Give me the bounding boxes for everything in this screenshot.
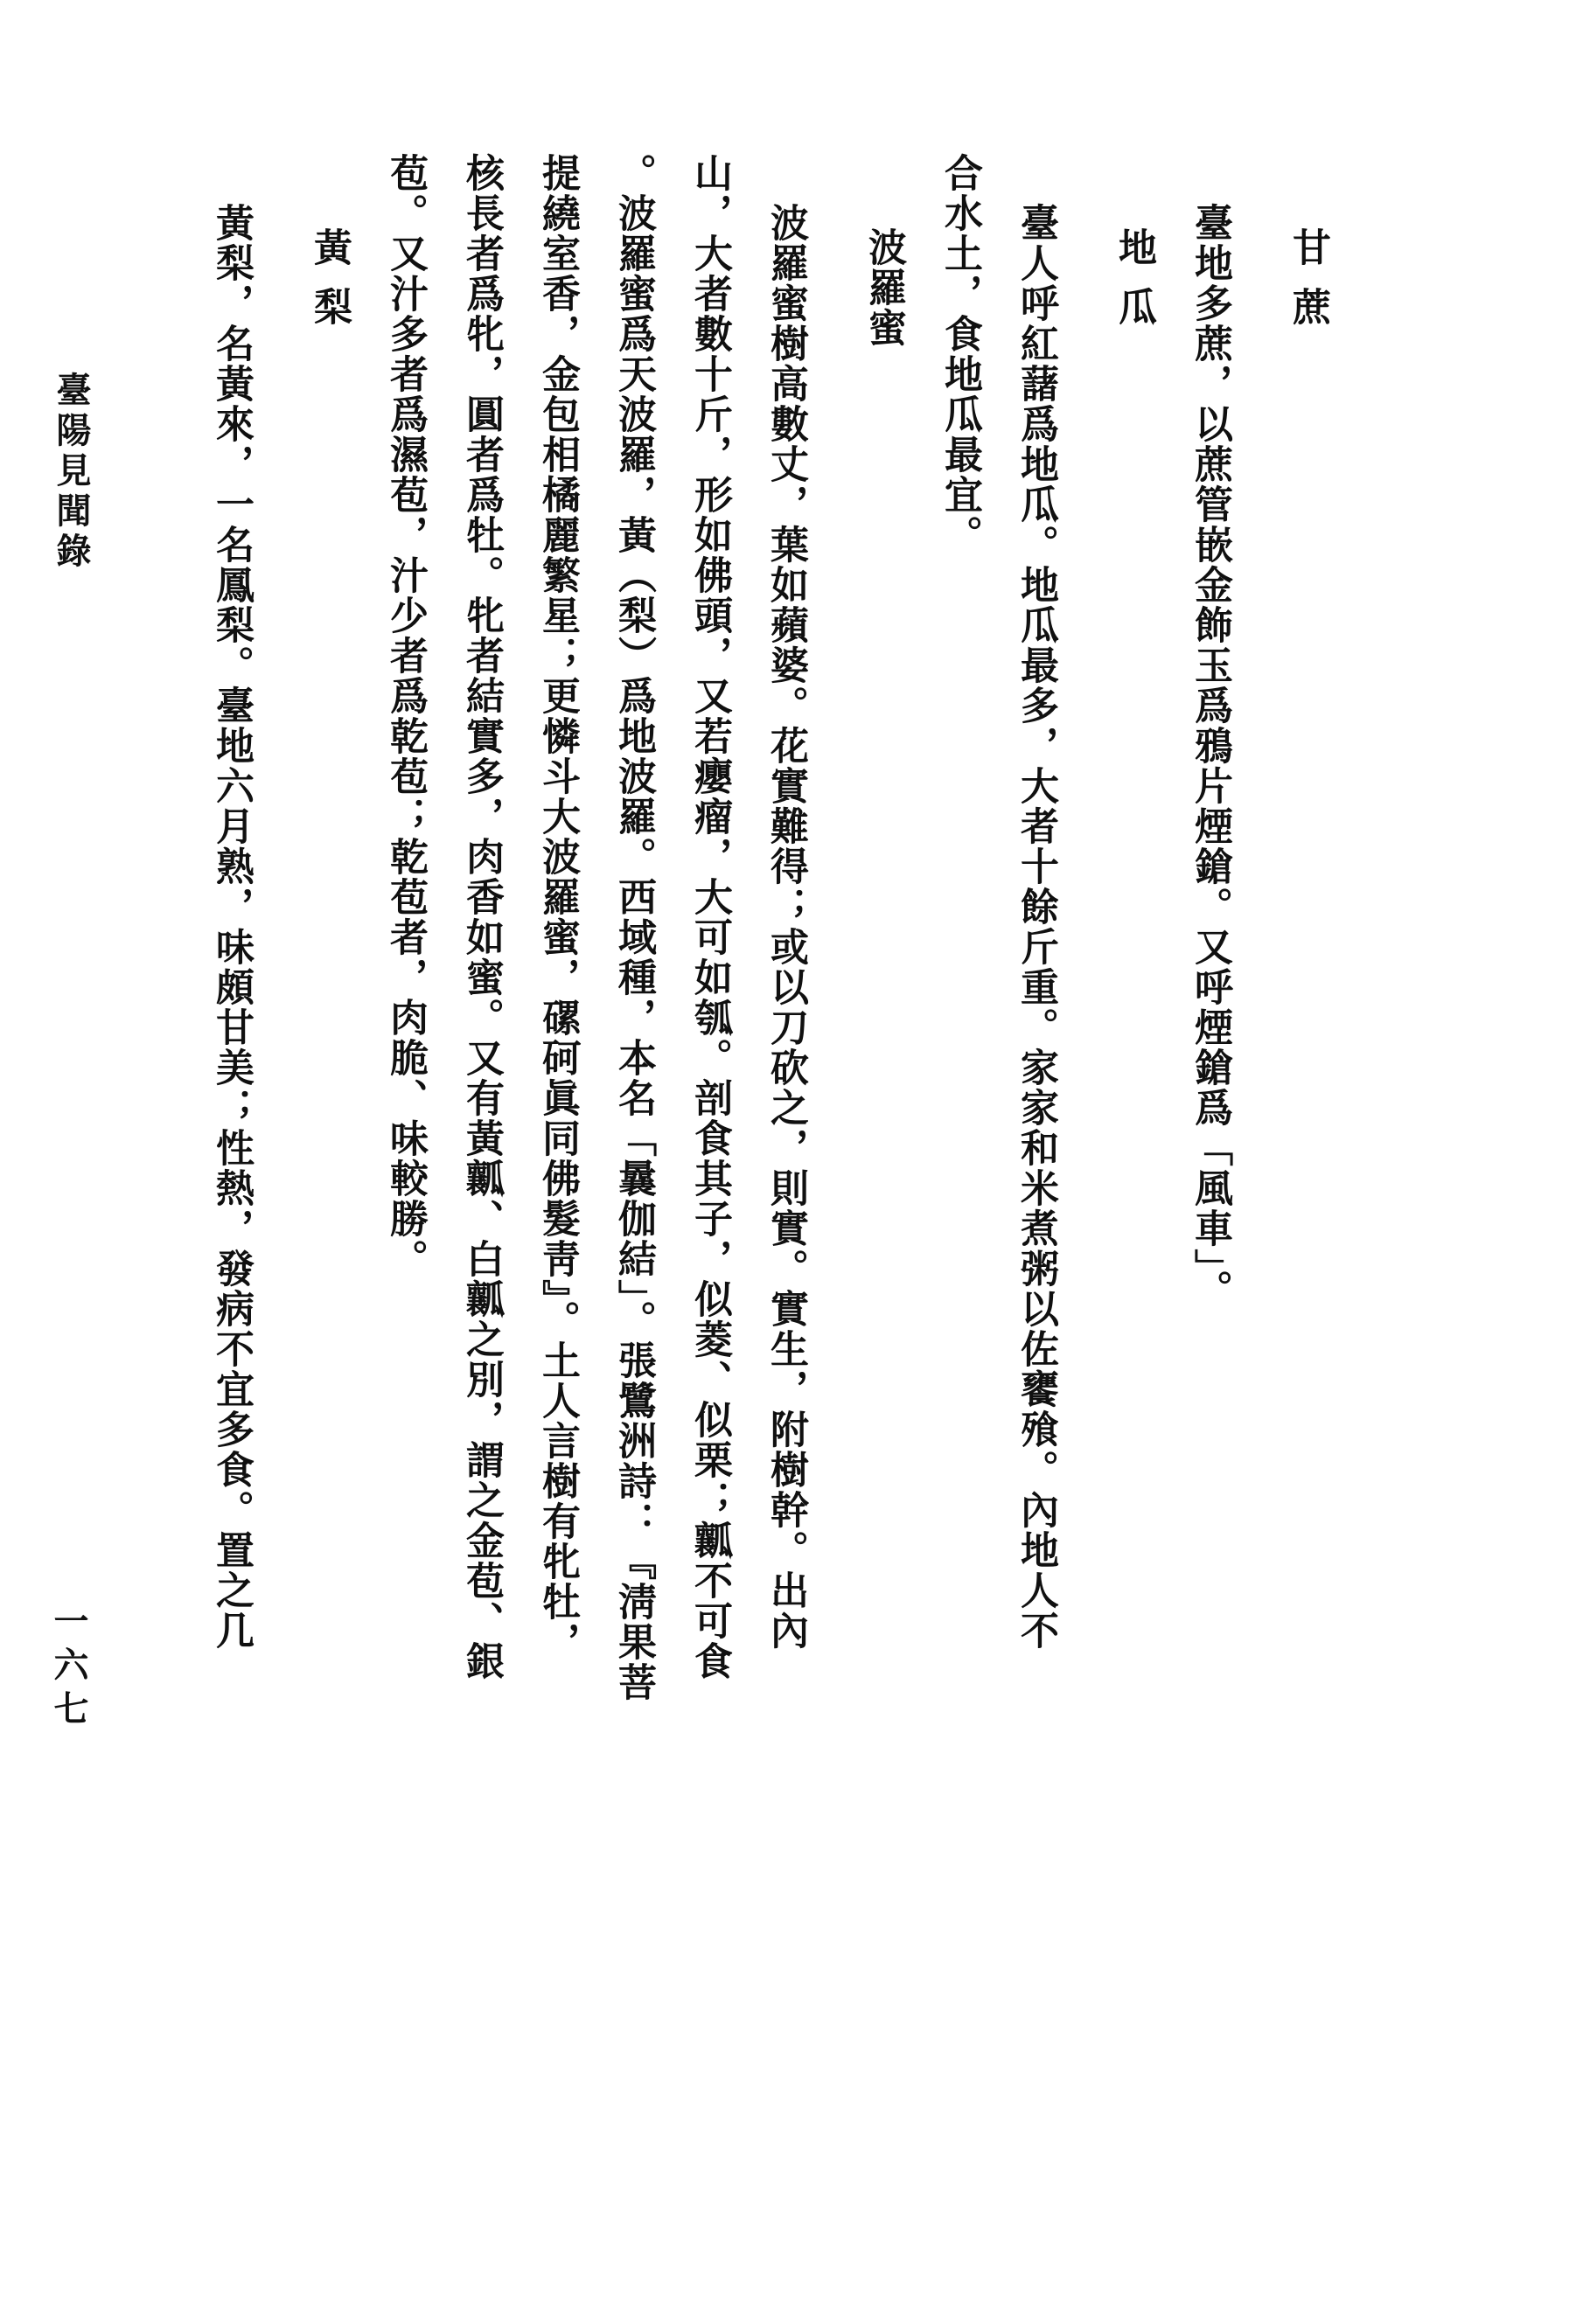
- section-heading: 甘蔗: [1288, 153, 1327, 1727]
- text-column: 合水土，食地瓜最宜。: [940, 153, 979, 1727]
- text-column: 苞。又汁多者爲濕苞，汁少者爲乾苞；乾苞者，肉脆、味較勝。: [386, 153, 424, 1727]
- page-number: 一六七: [44, 1603, 94, 1734]
- text-block: 甘蔗臺地多蔗，以蔗管嵌金飾玉爲鴉片煙鎗。又呼煙鎗爲「風車」。地瓜臺人呼紅藷爲地瓜…: [174, 153, 1349, 1727]
- text-column: 核長者爲牝，圓者爲牡。牝者結實多，肉香如蜜。又有黃瓤、白瓤之別，謂之金苞、銀: [462, 153, 500, 1727]
- section-heading: 黃梨: [310, 153, 348, 1727]
- text-column: 黃梨，名黃來，一名鳳梨。臺地六月熟，味頗甘美；性熱，發病不宜多食。置之几: [212, 153, 250, 1727]
- text-column: 臺人呼紅藷爲地瓜。地瓜最多，大者十餘斤重。家家和米煮粥以佐饔飱。內地人不: [1016, 153, 1055, 1727]
- section-heading: 地瓜: [1114, 153, 1153, 1727]
- text-column: 提繞室香，金包相橘麗繁星；更憐斗大波羅蜜，磥砢眞同佛髮靑』。土人言樹有牝牡，: [538, 153, 576, 1727]
- section-heading: 波羅蜜: [864, 153, 903, 1727]
- text-column: 山，大者數十斤，形如佛頭，又若癭瘤，大可如瓠。剖食其子，似菱、似栗；瓤不可食: [690, 153, 729, 1727]
- text-column: 臺地多蔗，以蔗管嵌金飾玉爲鴉片煙鎗。又呼煙鎗爲「風車」。: [1190, 153, 1229, 1727]
- book-page: 甘蔗臺地多蔗，以蔗管嵌金飾玉爲鴉片煙鎗。又呼煙鎗爲「風車」。地瓜臺人呼紅藷爲地瓜…: [0, 0, 1583, 2324]
- text-column: 波羅蜜樹高數丈，葉如蘋婆。花實難得；或以刀砍之，則實。實生，附樹幹。出內: [766, 153, 805, 1727]
- text-column: 。波羅蜜爲天波羅，黃（梨）爲地波羅。西域種，本名「曩伽結」。張鷺洲詩：『淸果菩: [614, 153, 652, 1727]
- margin-book-title: 臺陽見聞錄: [46, 372, 96, 573]
